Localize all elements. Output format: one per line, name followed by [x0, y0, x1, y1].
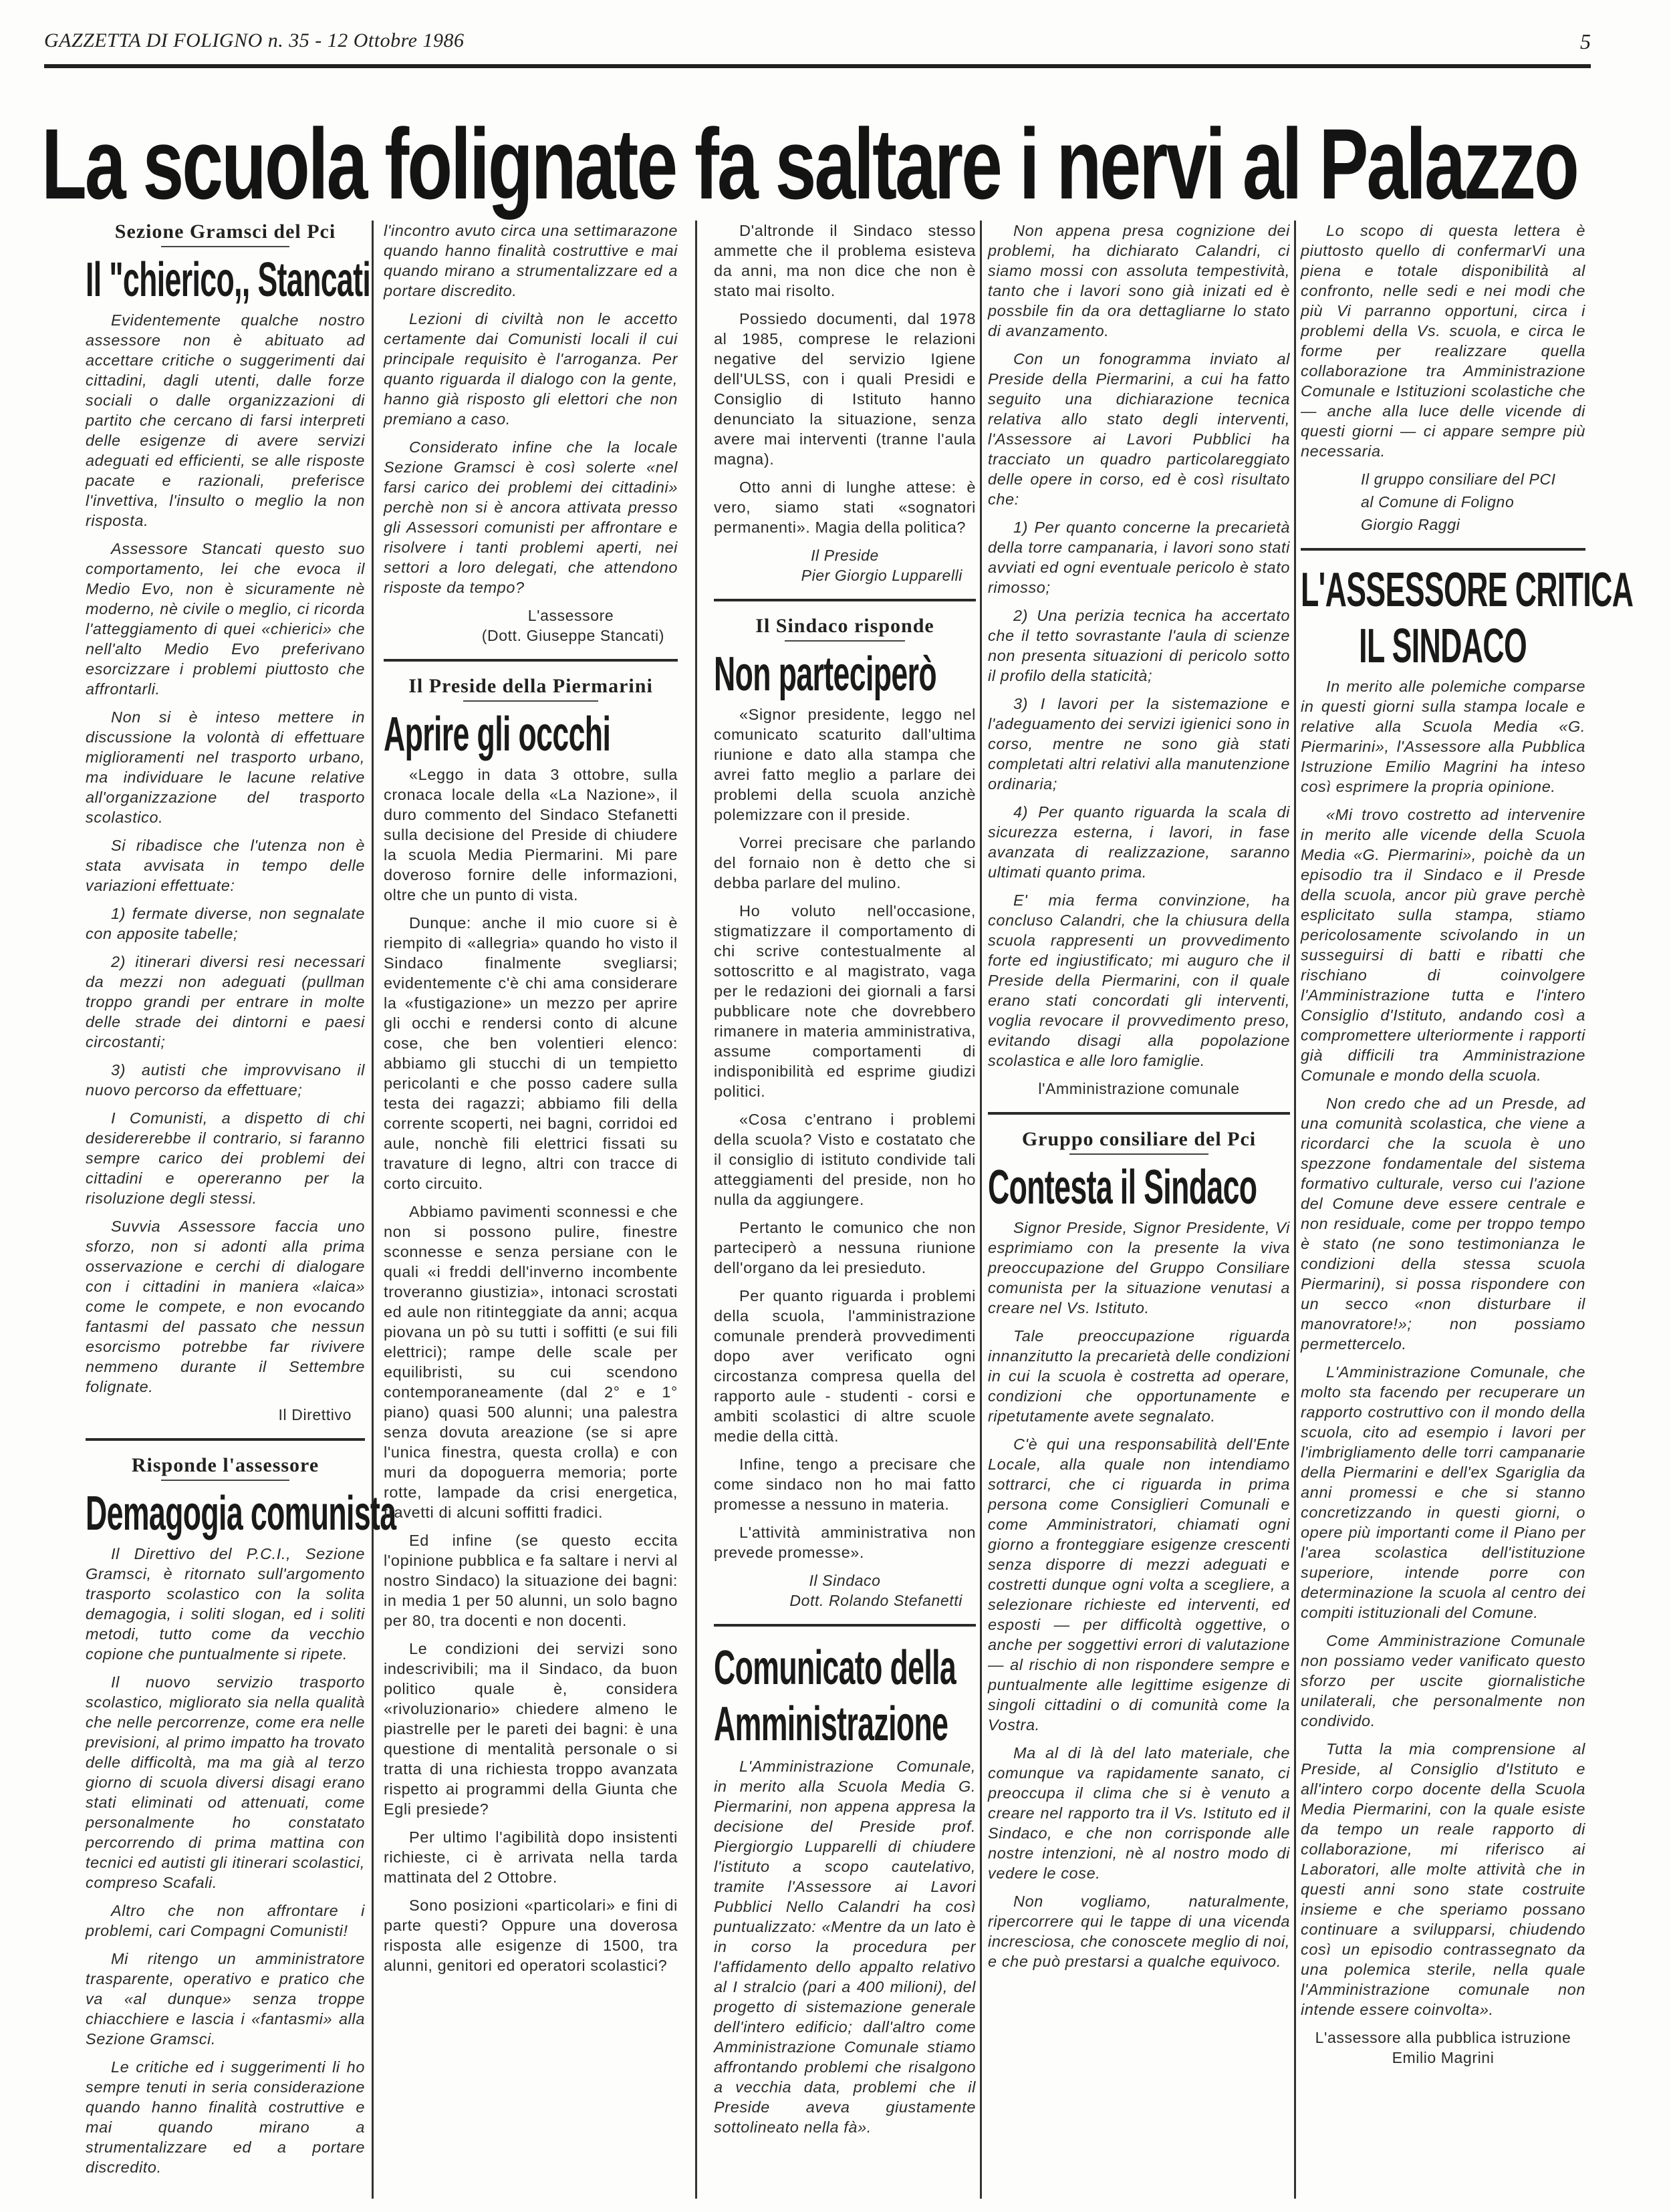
paragraph: Per ultimo l'agibilità dopo insistenti r… [384, 1827, 678, 1887]
article-assessore-critica: L'ASSESSORE CRITICA IL SINDACO In merito… [1301, 564, 1585, 2068]
paragraph: Si ribadisce che l'utenza non è stata av… [86, 835, 365, 895]
paragraph: I Comunisti, a dispetto di chi desiderer… [86, 1108, 365, 1208]
paragraph: «Cosa c'entrano i problemi della scuola?… [714, 1109, 976, 1210]
paragraph: Ma al di là del lato materiale, che comu… [988, 1743, 1290, 1883]
paragraph: Signor Preside, Signor Presidente, Vi es… [988, 1218, 1290, 1318]
article-headline: Aprire gli occchi [384, 708, 677, 761]
article-headline-line2: IL SINDACO [1301, 620, 1585, 672]
paragraph: Non appena presa cognizione dei problemi… [988, 221, 1290, 341]
column-4: Non appena presa cognizione dei problemi… [988, 221, 1290, 2199]
section-rule [1301, 548, 1585, 551]
paragraph: Infine, tengo a precisare che come sinda… [714, 1454, 976, 1514]
masthead-rule [44, 64, 1591, 68]
paragraph: L'Amministrazione Comunale, che molto st… [1301, 1362, 1585, 1623]
article-kicker: Sezione Gramsci del Pci [86, 221, 365, 243]
paragraph: Pertanto le comunico che non parteciperò… [714, 1218, 976, 1278]
paragraph-continued: l'incontro avuto circa una settimarazone… [384, 221, 678, 301]
article-headline: Il "chierico,, Stancati [86, 254, 364, 306]
paragraph: Non vogliamo, naturalmente, ripercorrere… [988, 1891, 1290, 1971]
paragraph: L'Amministrazione Comunale, in merito al… [714, 1756, 976, 2137]
paragraph: Considerato infine che la locale Sezione… [384, 437, 678, 597]
column-3: D'altronde il Sindaco stesso ammette che… [714, 221, 976, 2199]
article-headline: Comunicato della Amministrazione [714, 1640, 975, 1752]
column-5: Lo scopo di questa lettera è piuttosto q… [1301, 221, 1585, 2199]
signature-title: L'assessore alla pubblica istruzione [1301, 2028, 1585, 2048]
signature-line: al Comune di Foligno [1301, 492, 1585, 512]
article-headline: Non parteciperò [714, 648, 975, 700]
article-aprire-gli-occhi: Il Preside della Piermarini Aprire gli o… [384, 675, 678, 1975]
article-demagogia-comunista: Risponde l'assessore Demagogia comunista… [86, 1454, 365, 2177]
article-headline: Demagogia comunista [86, 1488, 364, 1540]
signature: l'Amministrazione comunale [988, 1079, 1290, 1099]
paragraph: Per quanto riguarda i problemi della scu… [714, 1286, 976, 1446]
signature-title: Il Preside [714, 545, 976, 565]
signature-name: (Dott. Giuseppe Stancati) [384, 626, 678, 646]
section-rule [714, 1624, 976, 1627]
paragraph: Abbiamo pavimenti sconnessi e che non si… [384, 1202, 678, 1522]
column-2: l'incontro avuto circa una settimarazone… [384, 221, 678, 2199]
paragraph: Sono posizioni «particolari» e fini di p… [384, 1895, 678, 1975]
paragraph: D'altronde il Sindaco stesso ammette che… [714, 221, 976, 301]
paragraph: Suvvia Assessore faccia uno sforzo, non … [86, 1216, 365, 1397]
paragraph: Tutta la mia comprensione al Preside, al… [1301, 1739, 1585, 2020]
signature-name: Pier Giorgio Lupparelli [714, 565, 976, 585]
paragraph: «Leggo in data 3 ottobre, sulla cronaca … [384, 765, 678, 905]
paragraph: Possiedo documenti, dal 1978 al 1985, co… [714, 309, 976, 469]
paragraph: Evidentemente qualche nostro assessore n… [86, 310, 365, 531]
kicker-rule [161, 246, 289, 247]
newspaper-issue: GAZZETTA DI FOLIGNO n. 35 - 12 Ottobre 1… [44, 29, 464, 52]
paragraph: Le critiche ed i suggerimenti li ho semp… [86, 2057, 365, 2177]
signature-title: Il Sindaco [714, 1570, 976, 1591]
list-item: 3) autisti che improvvisano il nuovo per… [86, 1060, 365, 1100]
column-divider [695, 221, 697, 2199]
list-item: 2) itinerari diversi resi necessari da m… [86, 952, 365, 1052]
article-kicker: Il Preside della Piermarini [384, 675, 678, 698]
paragraph: «Mi trovo costretto ad intervenire in me… [1301, 805, 1585, 1085]
paragraph: In merito alle polemiche comparse in que… [1301, 676, 1585, 797]
article-kicker: Risponde l'assessore [86, 1454, 365, 1477]
article-contesta-il-sindaco: Gruppo consiliare del Pci Contesta il Si… [988, 1128, 1290, 1971]
section-rule [86, 1438, 365, 1441]
list-item: 1) fermate diverse, non segnalate con ap… [86, 904, 365, 944]
paragraph: Come Amministrazione Comunale non possia… [1301, 1631, 1585, 1731]
paragraph: Lo scopo di questa lettera è piuttosto q… [1301, 221, 1585, 461]
paragraph: Non credo che ad un Presde, ad una comun… [1301, 1093, 1585, 1354]
paragraph: Lezioni di civiltà non le accetto certam… [384, 309, 678, 429]
paragraph: C'è qui una responsabilità dell'Ente Loc… [988, 1434, 1290, 1735]
section-rule [384, 659, 678, 662]
article-headline-line1: L'ASSESSORE CRITICA [1301, 564, 1585, 616]
signature-line: Il gruppo consiliare del PCI [1301, 469, 1585, 489]
article-kicker: Il Sindaco risponde [714, 615, 976, 638]
list-item: 1) Per quanto concerne la precarietà del… [988, 517, 1290, 597]
article-comunicato: Comunicato della Amministrazione L'Ammin… [714, 1640, 976, 2137]
section-rule [988, 1112, 1290, 1115]
paragraph: L'attività amministrativa non prevede pr… [714, 1522, 976, 1562]
section-rule [714, 599, 976, 601]
paragraph: Mi ritengo un amministratore trasparente… [86, 1949, 365, 2049]
paragraph: Tale preoccupazione riguarda innanzitutt… [988, 1326, 1290, 1426]
article-headline: Contesta il Sindaco [988, 1161, 1289, 1214]
paragraph: Non si è inteso mettere in discussione l… [86, 707, 365, 827]
page-number: 5 [1580, 29, 1591, 54]
signature-name: Giorgio Raggi [1301, 515, 1585, 535]
article-kicker: Gruppo consiliare del Pci [988, 1128, 1290, 1151]
paragraph: Con un fonogramma inviato al Preside del… [988, 349, 1290, 509]
column-divider [980, 221, 982, 2199]
article-non-partecipero: Il Sindaco risponde Non parteciperò «Sig… [714, 615, 976, 1611]
masthead: GAZZETTA DI FOLIGNO n. 35 - 12 Ottobre 1… [44, 24, 1591, 59]
column-1: Sezione Gramsci del Pci Il "chierico,, S… [86, 221, 365, 2199]
kicker-rule [785, 640, 905, 642]
paragraph: Vorrei precisare che parlando del fornai… [714, 833, 976, 893]
paragraph: Le condizioni dei servizi sono indescriv… [384, 1639, 678, 1819]
article-chierico-stancati: Sezione Gramsci del Pci Il "chierico,, S… [86, 221, 365, 1425]
paragraph: «Signor presidente, leggo nel comunicato… [714, 704, 976, 825]
signature: Il Direttivo [86, 1405, 365, 1425]
paragraph: Il Direttivo del P.C.I., Sezione Gramsci… [86, 1544, 365, 1664]
kicker-rule [463, 700, 598, 702]
paragraph: Ho voluto nell'occasione, stigmatizzare … [714, 901, 976, 1101]
list-item: 4) Per quanto riguarda la scala di sicur… [988, 802, 1290, 882]
list-item: 2) Una perizia tecnica ha accertato che … [988, 605, 1290, 686]
column-divider [372, 221, 374, 2199]
kicker-rule [161, 1480, 289, 1481]
kicker-rule [1069, 1153, 1208, 1155]
list-item: 3) I lavori per la sistemazione e l'adeg… [988, 694, 1290, 794]
paragraph: Dunque: anche il mio cuore si è riempito… [384, 913, 678, 1194]
signature-title: L'assessore [384, 605, 678, 626]
signature-name: Emilio Magrini [1301, 2048, 1585, 2068]
paragraph: Otto anni di lunghe attese: è vero, siam… [714, 477, 976, 537]
paragraph: E' mia ferma convinzione, ha concluso Ca… [988, 890, 1290, 1071]
paragraph: Il nuovo servizio trasporto scolastico, … [86, 1672, 365, 1893]
paragraph: Assessore Stancati questo suo comportame… [86, 539, 365, 699]
signature-name: Dott. Rolando Stefanetti [714, 1591, 976, 1611]
main-headline: La scuola folignate fa saltare i nervi a… [41, 114, 1189, 214]
paragraph: Ed infine (se questo eccita l'opinione p… [384, 1530, 678, 1631]
paragraph: Altro che non affrontare i problemi, car… [86, 1901, 365, 1941]
column-divider [1294, 221, 1296, 2199]
